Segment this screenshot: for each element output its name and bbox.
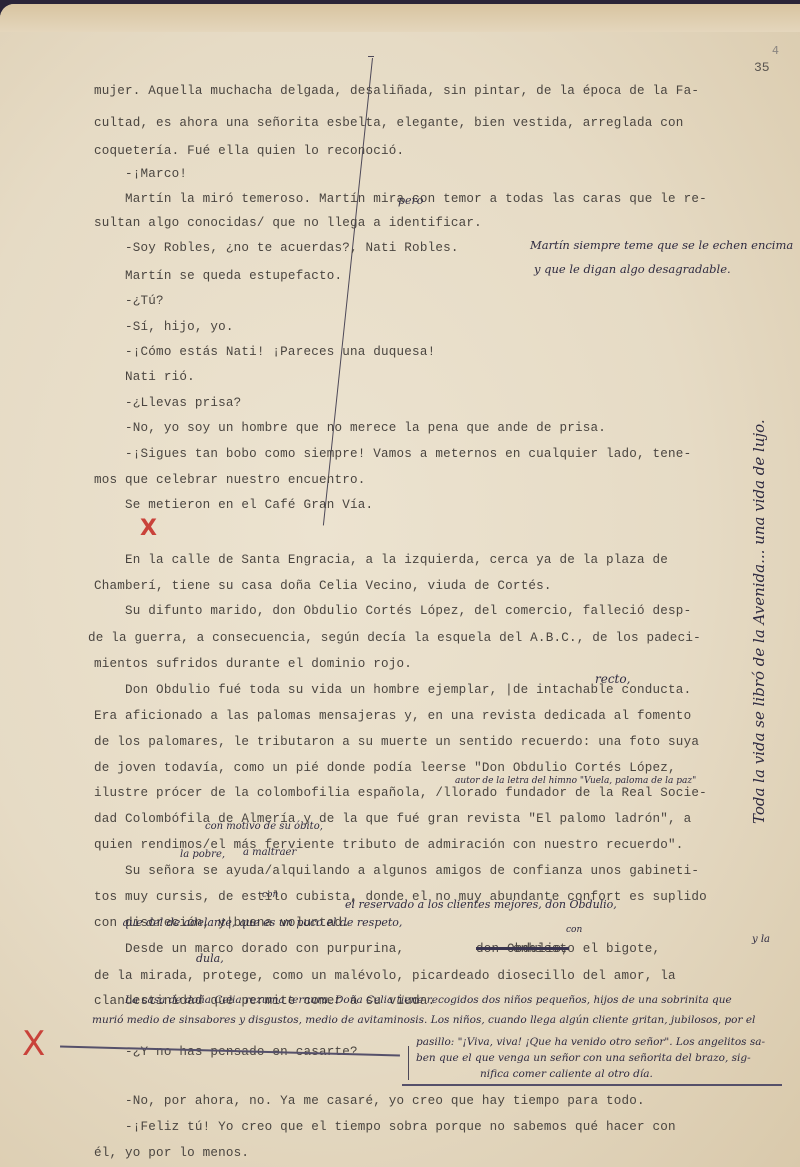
typed-line: dad Colombófila de Almería y de la que f… bbox=[94, 812, 691, 826]
insert-line-5: nifica comer caliente al otro día. bbox=[480, 1068, 653, 1080]
insert-line-4: ben que el que venga un señor con una se… bbox=[416, 1052, 751, 1064]
typed-line: Su difunto marido, don Obdulio Cortés Ló… bbox=[94, 604, 691, 618]
annotation-que-del-adelante: que del de adelante, que es un poco el d… bbox=[122, 916, 402, 929]
annotation-dula: dula, bbox=[196, 952, 224, 965]
margin-vertical-note: Toda la vida se libró de la Avenida... u… bbox=[750, 419, 768, 824]
annotation-con-2: con bbox=[566, 925, 582, 935]
typed-line: sultan algo conocidas/ que no llega a id… bbox=[94, 216, 482, 230]
manuscript-page: 4 35 mujer. Aquella muchacha delgada, de… bbox=[0, 4, 800, 1167]
typed-line: -Sí, hijo, yo. bbox=[94, 320, 234, 334]
typed-line: -¡Cómo estás Nati! ¡Pareces una duquesa! bbox=[94, 345, 435, 359]
typed-line: Chamberí, tiene su casa doña Celia Vecin… bbox=[94, 579, 552, 593]
annotation-autor-himno: autor de la letra del himno "Vuela, palo… bbox=[455, 776, 696, 786]
pen-stroke-cap bbox=[368, 56, 374, 57]
red-x-mark-1: X bbox=[140, 516, 157, 541]
red-x-mark-2: X bbox=[22, 1024, 45, 1064]
typed-line: -¡Marco! bbox=[94, 167, 187, 181]
typed-line: -¡Feliz tú! Yo creo que el tiempo sobra … bbox=[94, 1120, 676, 1134]
typed-line: de la mirada, protege, como un malévolo,… bbox=[94, 969, 676, 983]
insert-bracket bbox=[408, 1046, 409, 1080]
annotation-con-motivo: con motivo de su óbito, bbox=[205, 821, 323, 832]
typed-line: Era aficionado a las palomas mensajeras … bbox=[94, 709, 691, 723]
typed-line: Desde un marco dorado con purpurina, enh… bbox=[94, 942, 660, 956]
typed-line: -No, por ahora, no. Ya me casaré, yo cre… bbox=[94, 1094, 645, 1108]
annotation-a-maltraer: a maltraer bbox=[243, 847, 296, 858]
annotation-desagradable: y que le digan algo desagradable. bbox=[534, 262, 731, 276]
typed-line: Su señora se ayuda/alquilando a algunos … bbox=[94, 864, 699, 878]
typed-line: mujer. Aquella muchacha delgada, desaliñ… bbox=[94, 84, 699, 98]
pencil-page-mark: 4 bbox=[772, 44, 779, 57]
annotation-recto: recto, bbox=[595, 672, 630, 686]
typed-line: -¿Tú? bbox=[94, 294, 164, 308]
typed-line: coquetería. Fué ella quien lo reconoció. bbox=[94, 144, 404, 158]
typed-line: cultad, es ahora una señorita esbelta, e… bbox=[94, 116, 684, 130]
typed-line: -¡Sigues tan bobo como siempre! Vamos a … bbox=[94, 447, 691, 461]
annotation-martin-teme: Martín siempre teme que se le echen enci… bbox=[530, 238, 793, 252]
annotation-pero: pero bbox=[398, 194, 423, 207]
typed-line: -¿Llevas prisa? bbox=[94, 396, 241, 410]
typed-line: En la calle de Santa Engracia, a la izqu… bbox=[94, 553, 668, 567]
insert-line-2: murió medio de sinsabores y disgustos, m… bbox=[92, 1014, 755, 1026]
typed-line: mientos sufridos durante el dominio rojo… bbox=[94, 657, 412, 671]
typed-line: él, yo por lo menos. bbox=[94, 1146, 249, 1160]
typed-line: Martín se queda estupefacto. bbox=[94, 269, 342, 283]
page-number: 35 bbox=[754, 60, 770, 75]
annotation-y-la: y la bbox=[752, 934, 770, 945]
typed-line: -Soy Robles, ¿no te acuerdas?, Nati Robl… bbox=[94, 241, 459, 255]
typed-line: -No, yo soy un hombre que no merece la p… bbox=[94, 421, 606, 435]
typed-line: de los palomares, le tributaron a su mue… bbox=[94, 735, 699, 749]
annotation-la-pobre: la pobre, bbox=[180, 849, 225, 860]
insert-line-3: pasillo: "¡Viva, viva! ¡Que ha venido ot… bbox=[416, 1036, 765, 1048]
annotation-reservado: el reservado a los clientes mejores, don… bbox=[345, 898, 617, 911]
insert-underline-right bbox=[402, 1084, 782, 1086]
typed-line: de la guerra, a consecuencia, según decí… bbox=[88, 631, 701, 645]
struck-text: don Obdulio, bbox=[476, 942, 569, 956]
annotation-con: con bbox=[262, 890, 278, 900]
typed-line: Se metieron en el Café Gran Vía. bbox=[94, 498, 373, 512]
typed-line: de joven todavía, como un pié donde podí… bbox=[94, 761, 676, 775]
typed-line: mos que celebrar nuestro encuentro. bbox=[94, 473, 366, 487]
typed-line: ilustre prócer de la colombofilia españo… bbox=[94, 786, 707, 800]
page-top-edge bbox=[0, 4, 800, 32]
typed-line: Nati rió. bbox=[94, 370, 195, 384]
insert-line-1: La casa de doña Celia rezuma ternura. Do… bbox=[125, 994, 732, 1006]
